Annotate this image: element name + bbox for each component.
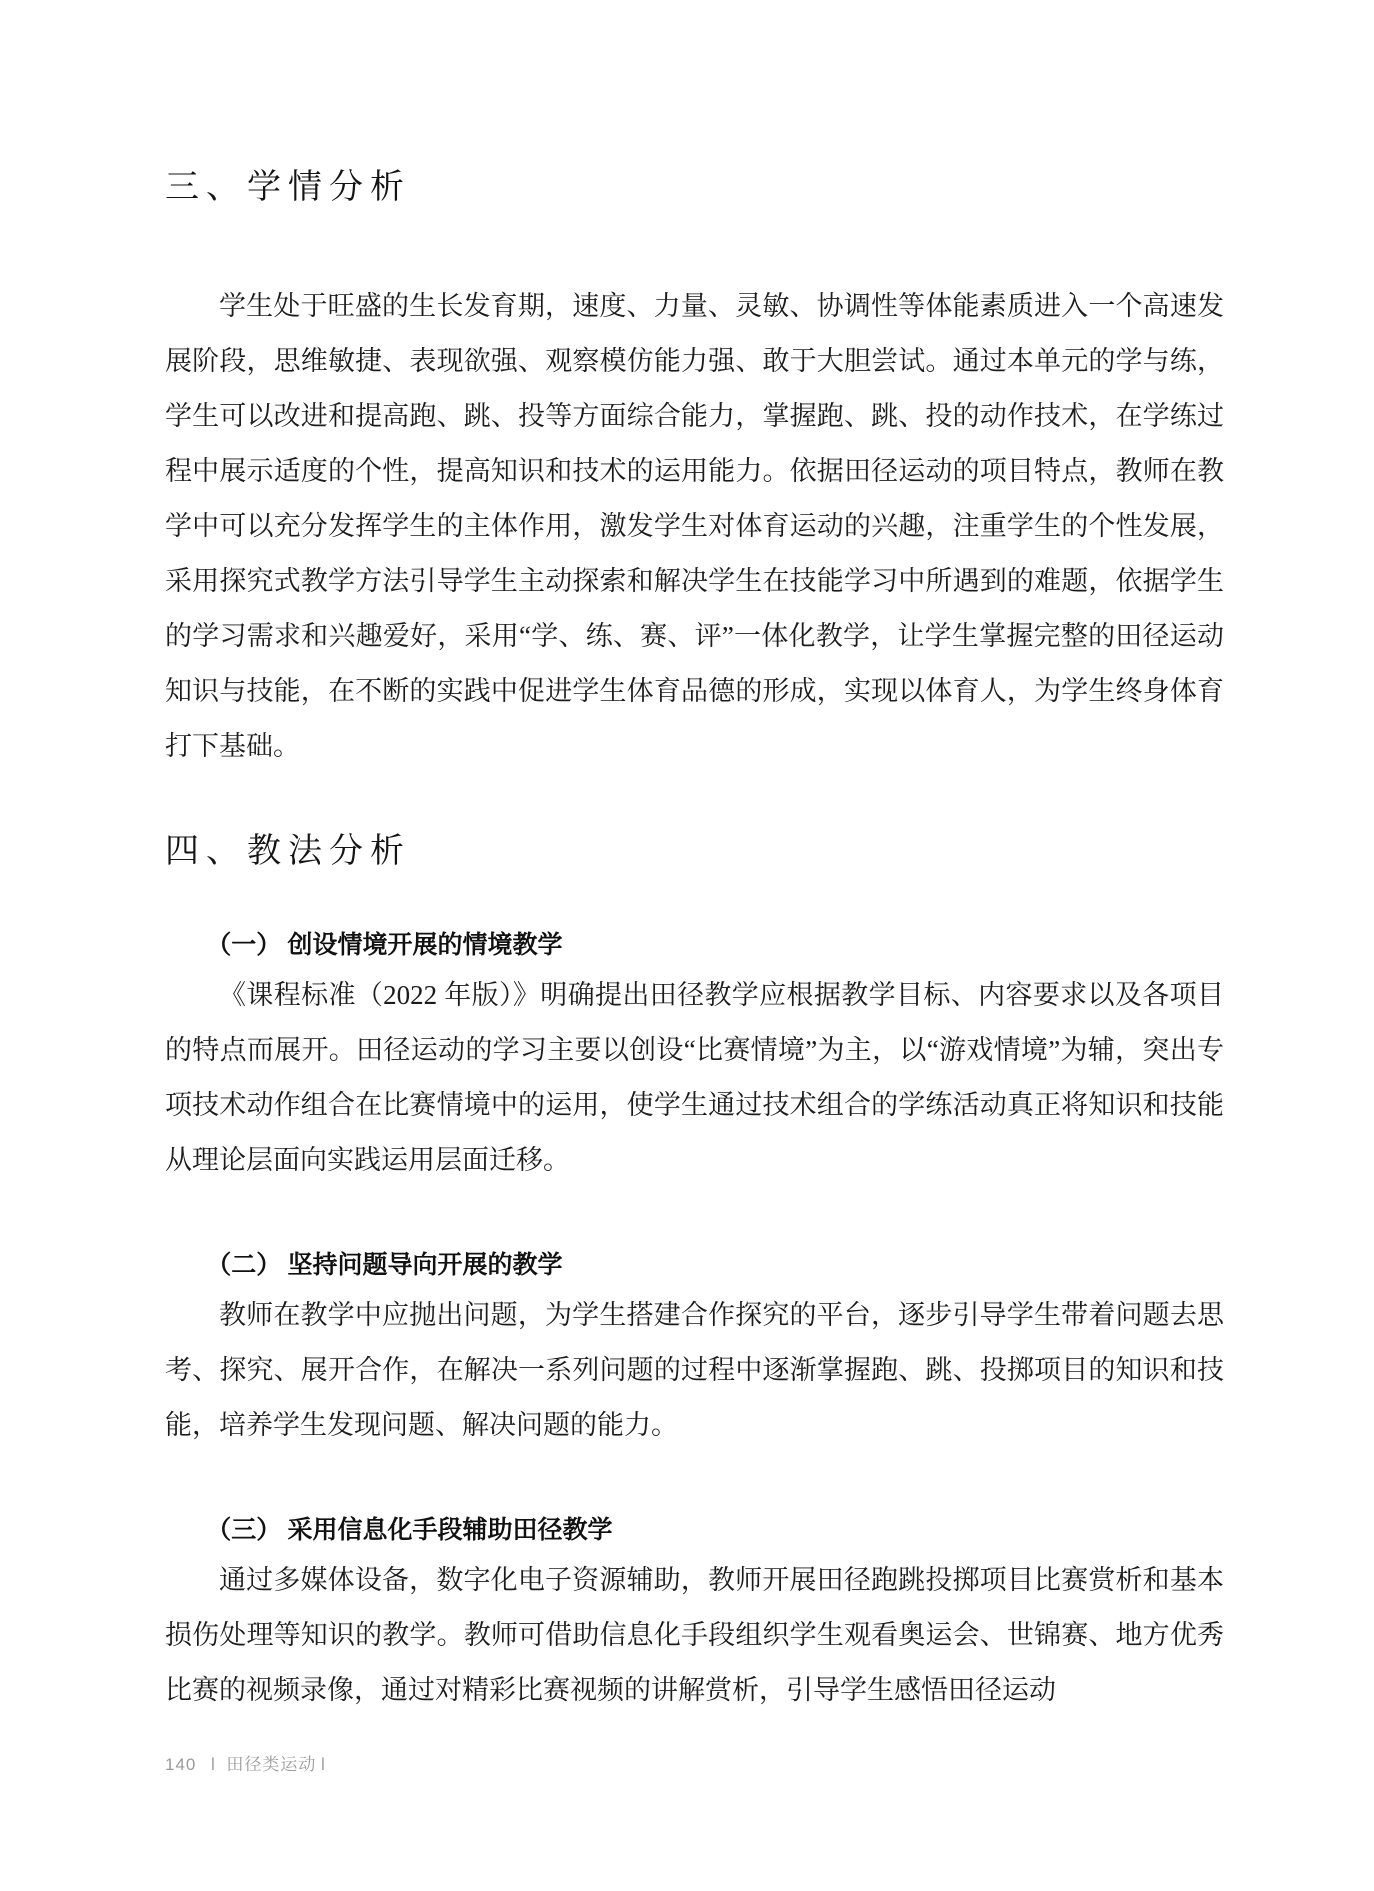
page-footer: 140 Ⅰ 田径类运动 Ⅰ [165, 1750, 326, 1775]
book-page: 三、学情分析 学生处于旺盛的生长发育期，速度、力量、灵敏、协调性等体能素质进入一… [0, 0, 1374, 1891]
paragraph-problem-oriented-teaching: 教师在教学中应抛出问题，为学生搭建合作探究的平台，逐步引导学生带着问题去思考、探… [165, 1288, 1224, 1453]
footer-separator: Ⅰ [210, 1755, 216, 1775]
paragraph-situational-teaching: 《课程标准（2022 年版）》明确提出田径教学应根据教学目标、内容要求以及各项目… [165, 968, 1224, 1188]
footer-book-title: 田径类运动 [226, 1750, 316, 1775]
subheading-situational-teaching: （一） 创设情境开展的情境教学 [165, 928, 1224, 963]
subheading-problem-oriented-teaching: （二） 坚持问题导向开展的教学 [165, 1248, 1224, 1283]
section-heading-xueqing-fenxi: 三、学情分析 [165, 165, 1224, 209]
paragraph-informatization-teaching: 通过多媒体设备，数字化电子资源辅助，教师开展田径跑跳投掷项目比赛赏析和基本损伤处… [165, 1553, 1224, 1718]
footer-separator-end: Ⅰ [320, 1755, 326, 1775]
section-heading-jiaofa-fenxi: 四、教法分析 [165, 829, 1224, 873]
footer-page-number: 140 [165, 1755, 196, 1775]
paragraph-xueqing-analysis: 学生处于旺盛的生长发育期，速度、力量、灵敏、协调性等体能素质进入一个高速发展阶段… [165, 279, 1224, 774]
subheading-informatization-teaching: （三） 采用信息化手段辅助田径教学 [165, 1513, 1224, 1548]
